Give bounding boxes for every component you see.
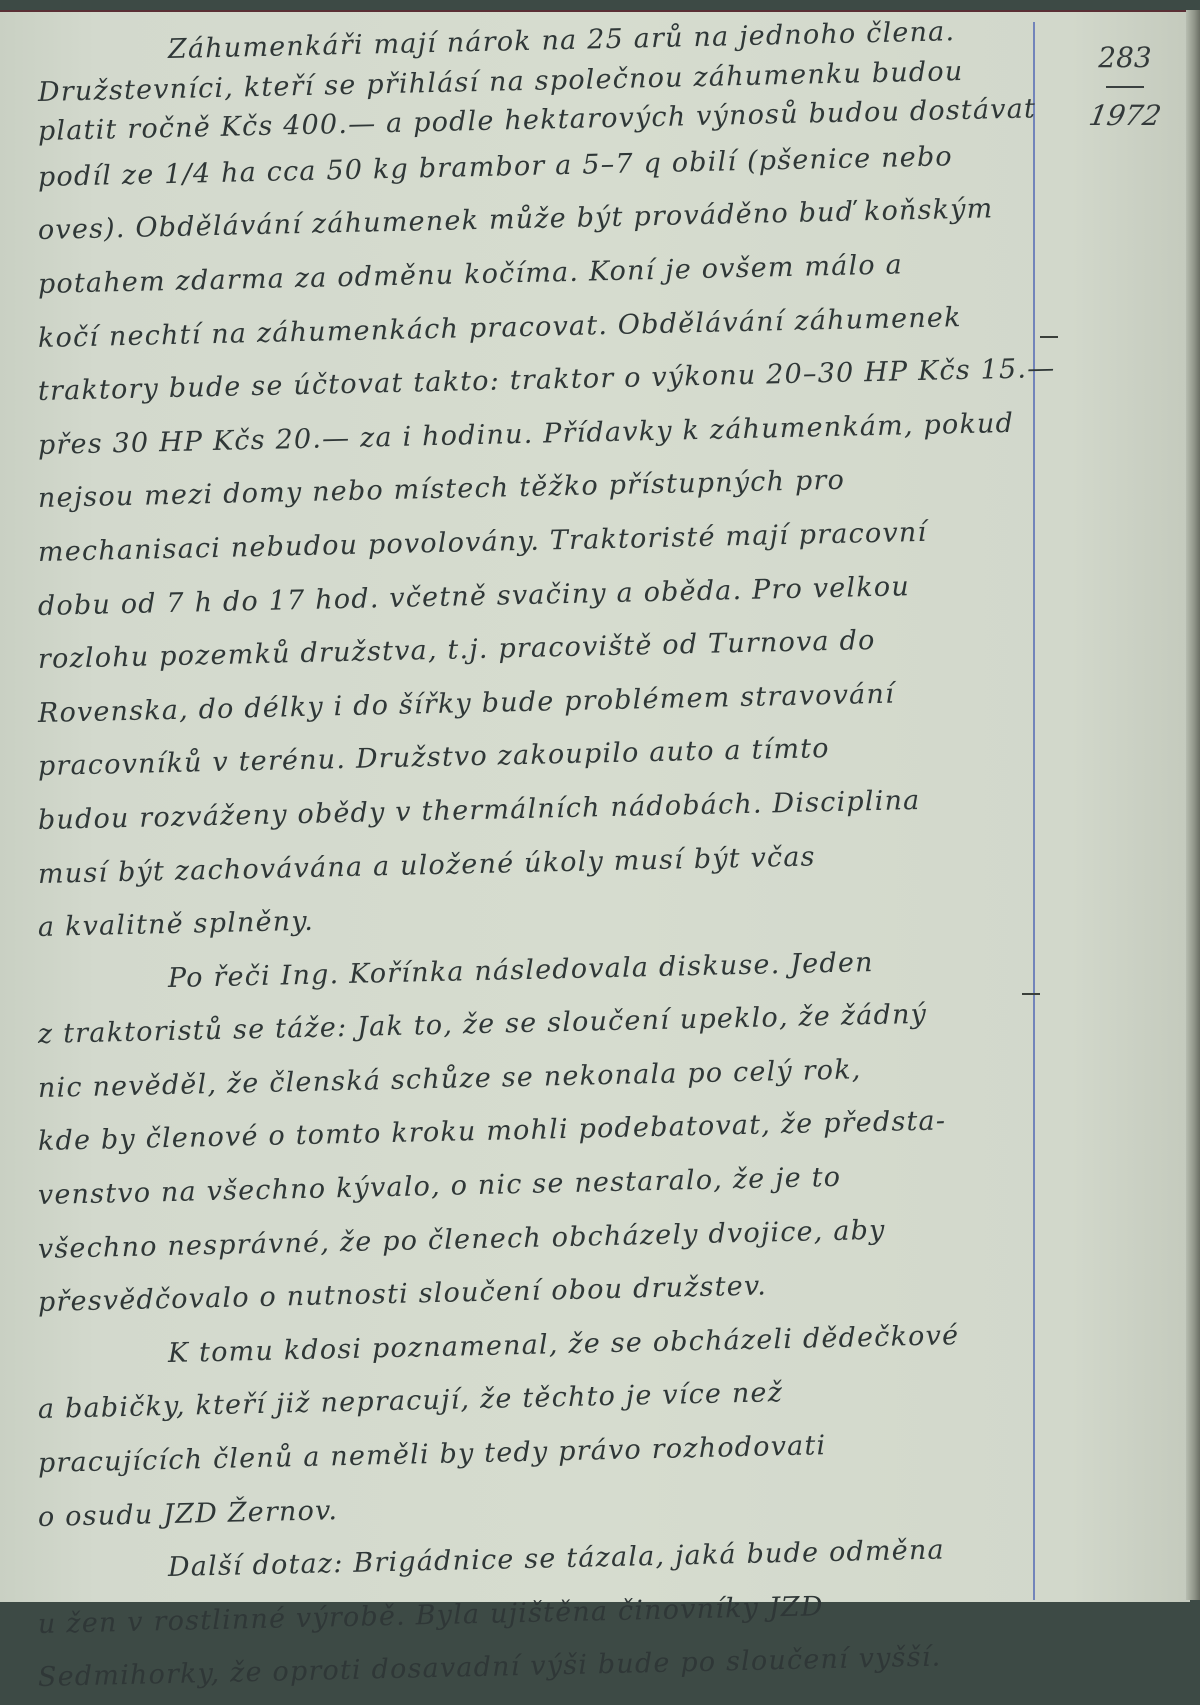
margin-dash (1040, 336, 1058, 338)
page-edge (1186, 10, 1200, 1600)
page-number-block: 283 1972 (1070, 44, 1180, 130)
margin-rule (1033, 22, 1035, 1600)
page-number-divider (1106, 86, 1144, 88)
handwritten-text: Záhumenkáři mají nárok na 25 arů na jedn… (38, 26, 1028, 1600)
page-year: 1972 (1068, 102, 1183, 130)
page-number: 283 (1070, 44, 1180, 72)
